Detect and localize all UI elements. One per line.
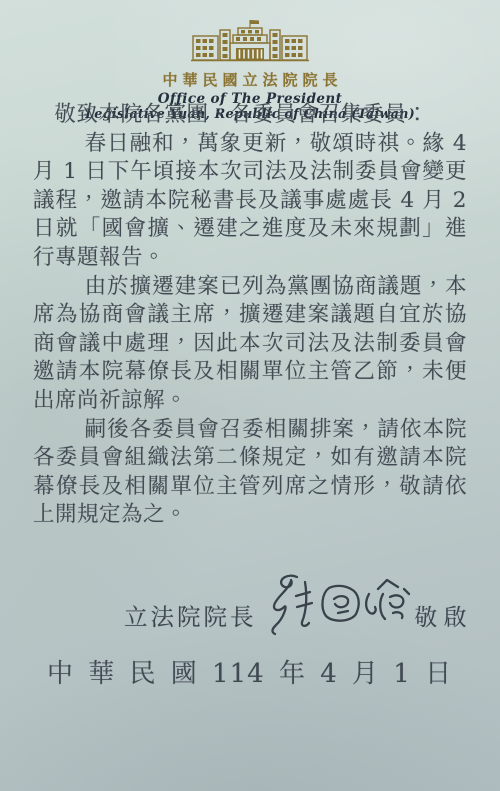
letter-page: 中華民國立法院院長 Office of The President Legisl…: [0, 0, 500, 791]
letter-line: 席為協商會議主席，擴遷建案議題自宜於協: [33, 301, 467, 330]
letterhead-title-zh: 中華民國立法院院長: [0, 69, 500, 90]
handwritten-signature-icon: [261, 568, 411, 648]
signature-row: 立法院院長 韓國瑜 敬啟: [124, 574, 474, 656]
letter-line: 春日融和，萬象更新，敬頌時祺。緣 4: [33, 130, 467, 159]
letter-line: 邀請本院幕僚長及相關單位主管乙節，未便: [33, 358, 467, 387]
letter-line: 上開規定為之。: [33, 501, 467, 530]
date-line: 中 華 民 國 114 年 4 月 1 日: [47, 653, 452, 690]
letter-line: 出席尚祈諒解。: [33, 387, 467, 416]
letter-line: 議程，邀請本院秘書長及議事處處長 4 月 2: [33, 187, 467, 216]
letter-line: 嗣後各委員會召委相關排案，請依本院: [33, 416, 467, 445]
letter-line: 由於擴遷建案已列為黨團協商議題，本: [33, 273, 467, 302]
letter-line: 各委員會組織法第二條規定，如有邀請本院: [33, 444, 467, 473]
letter-line: 日就「國會擴、遷建之進度及未來規劃」進: [33, 215, 467, 244]
letter-body: 敬致本院各黨團、各委員會召集委員： 春日融和，萬象更新，敬頌時祺。緣 4月 1 …: [33, 101, 467, 530]
letter-paragraphs: 春日融和，萬象更新，敬頌時祺。緣 4月 1 日下午頃接本次司法及法制委員會變更議…: [33, 130, 467, 530]
signature-closing: 敬啟: [415, 599, 473, 632]
letter-line: 幕僚長及相關單位主管列席之情形，敬請依: [33, 473, 467, 502]
letter-greeting: 敬致本院各黨團、各委員會召集委員：: [33, 101, 467, 130]
signer-title: 立法院院長: [124, 598, 257, 632]
letter-line: 商會議中處理，因此本次司法及法制委員會: [33, 330, 467, 359]
letter-line: 行專題報告。: [33, 244, 467, 273]
legislative-yuan-building-icon: [188, 18, 312, 66]
letter-line: 月 1 日下午頃接本次司法及法制委員會變更: [33, 158, 467, 187]
